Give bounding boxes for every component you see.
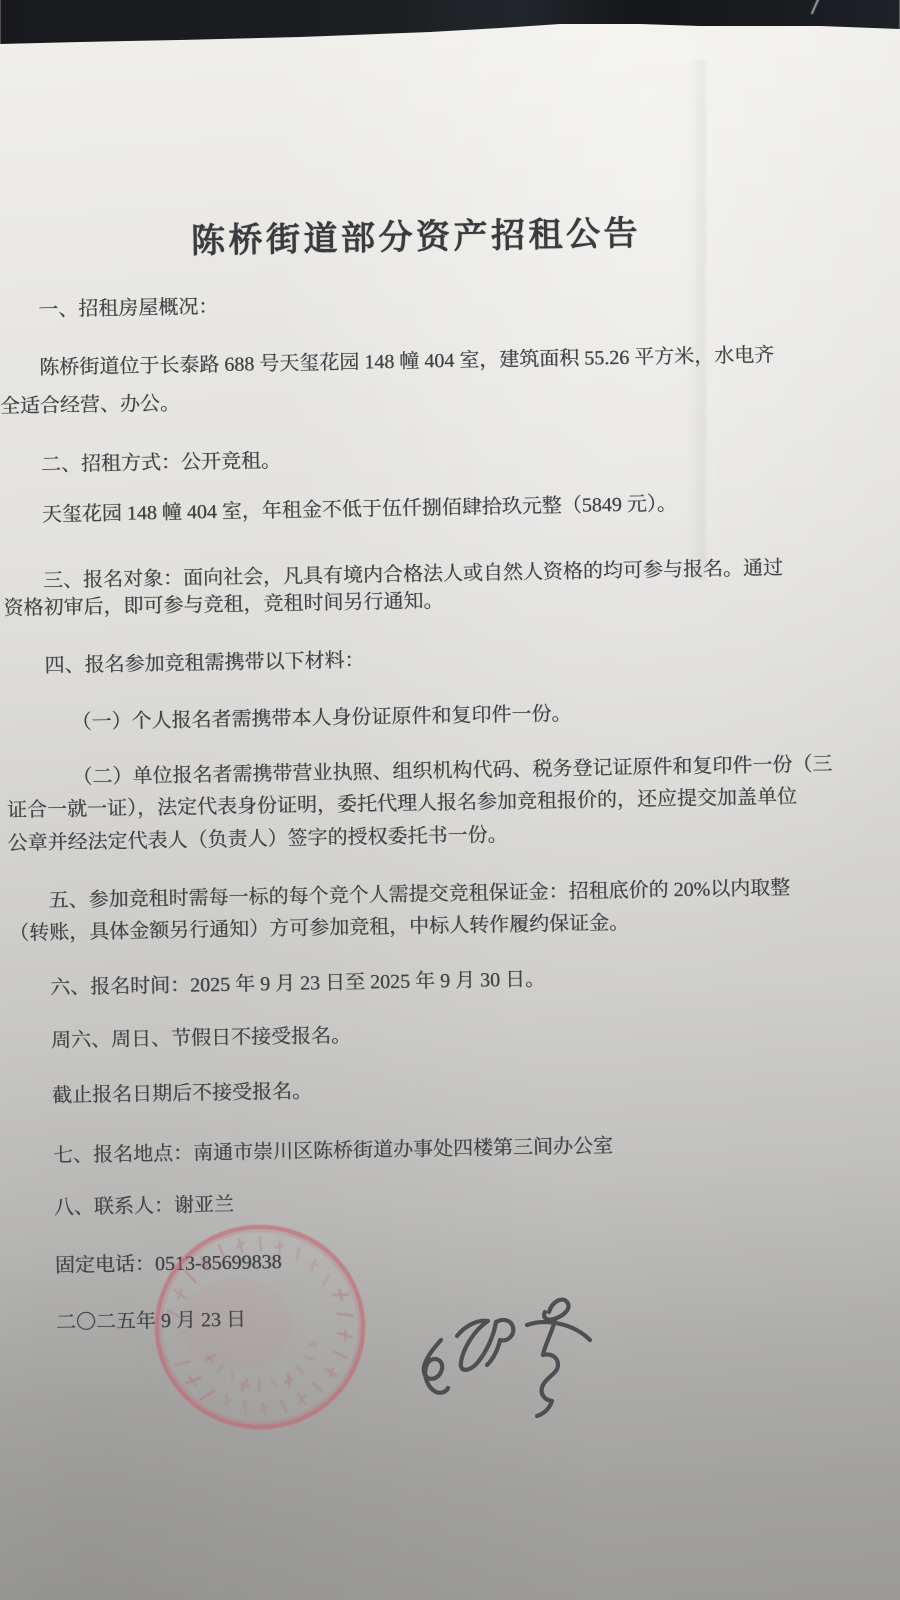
- line-section-8-contact: 八、联系人：谢亚兰: [54, 1195, 234, 1218]
- line-weekend-note: 周六、周日、节假日不接受报名。: [51, 1026, 351, 1051]
- photo-of-notice: 陈桥街道部分资产招租公告 一、招租房屋概况： 陈桥街道位于长泰路 688 号天玺…: [0, 0, 900, 1600]
- line-section-5-cont: （转账，具体金额另行通知）方可参加竞租，中标人转作履约保证金。: [9, 913, 629, 944]
- line-item-2-a: （二）单位报名者需携带营业执照、组织机构代码、税务登记证原件和复印件一份（三: [72, 754, 832, 787]
- line-section-3-heading: 三、报名对象：面向社会，凡具有境内合格法人或自然人资格的均可参与报名。通过: [43, 558, 783, 591]
- line-item-2-b: 证合一就一证），法定代表身份证明，委托代理人报名参加竞租报价的，还应提交加盖单位: [7, 787, 797, 821]
- line-item-2-c: 公章并经法定代表人（负责人）签字的授权委托书一份。: [7, 825, 507, 854]
- line-section-5-heading: 五、参加竞租时需每一标的每个竞个人需提交竞租保证金：招租底价的 20%以内取整: [48, 878, 790, 911]
- line-item-1: （一）个人报名者需携带本人身份证原件和复印件一份。: [71, 704, 571, 733]
- line-section-1-heading: 一、招租房屋概况：: [38, 297, 218, 320]
- line-property-info-1: 陈桥街道位于长泰路 688 号天玺花园 148 幢 404 室，建筑面积 55.…: [39, 345, 774, 378]
- line-section-3-cont: 资格初审后，即可参与竞租，竞租时间另行通知。: [3, 591, 443, 619]
- line-property-info-2: 全适合经营、办公。: [0, 394, 180, 417]
- handwritten-signature: [395, 1256, 615, 1421]
- line-section-4-heading: 四、报名参加竞租需携带以下材料：: [44, 650, 364, 676]
- official-seal-stamp: [148, 1218, 372, 1438]
- line-section-7-location: 七、报名地点：南通市崇川区陈桥街道办事处四楼第三间办公室: [53, 1136, 613, 1166]
- line-deadline-note: 截止报名日期后不接受报名。: [52, 1081, 312, 1106]
- line-section-6-dates: 六、报名时间：2025 年 9 月 23 日至 2025 年 9 月 30 日。: [50, 969, 545, 998]
- line-rent-amount: 天玺花园 148 幢 404 室，年租金不低于伍仟捌佰肆拾玖元整（5849 元）…: [42, 494, 677, 525]
- line-section-2-heading: 二、招租方式：公开竞租。: [41, 451, 281, 475]
- document-title: 陈桥街道部分资产招租公告: [191, 206, 642, 263]
